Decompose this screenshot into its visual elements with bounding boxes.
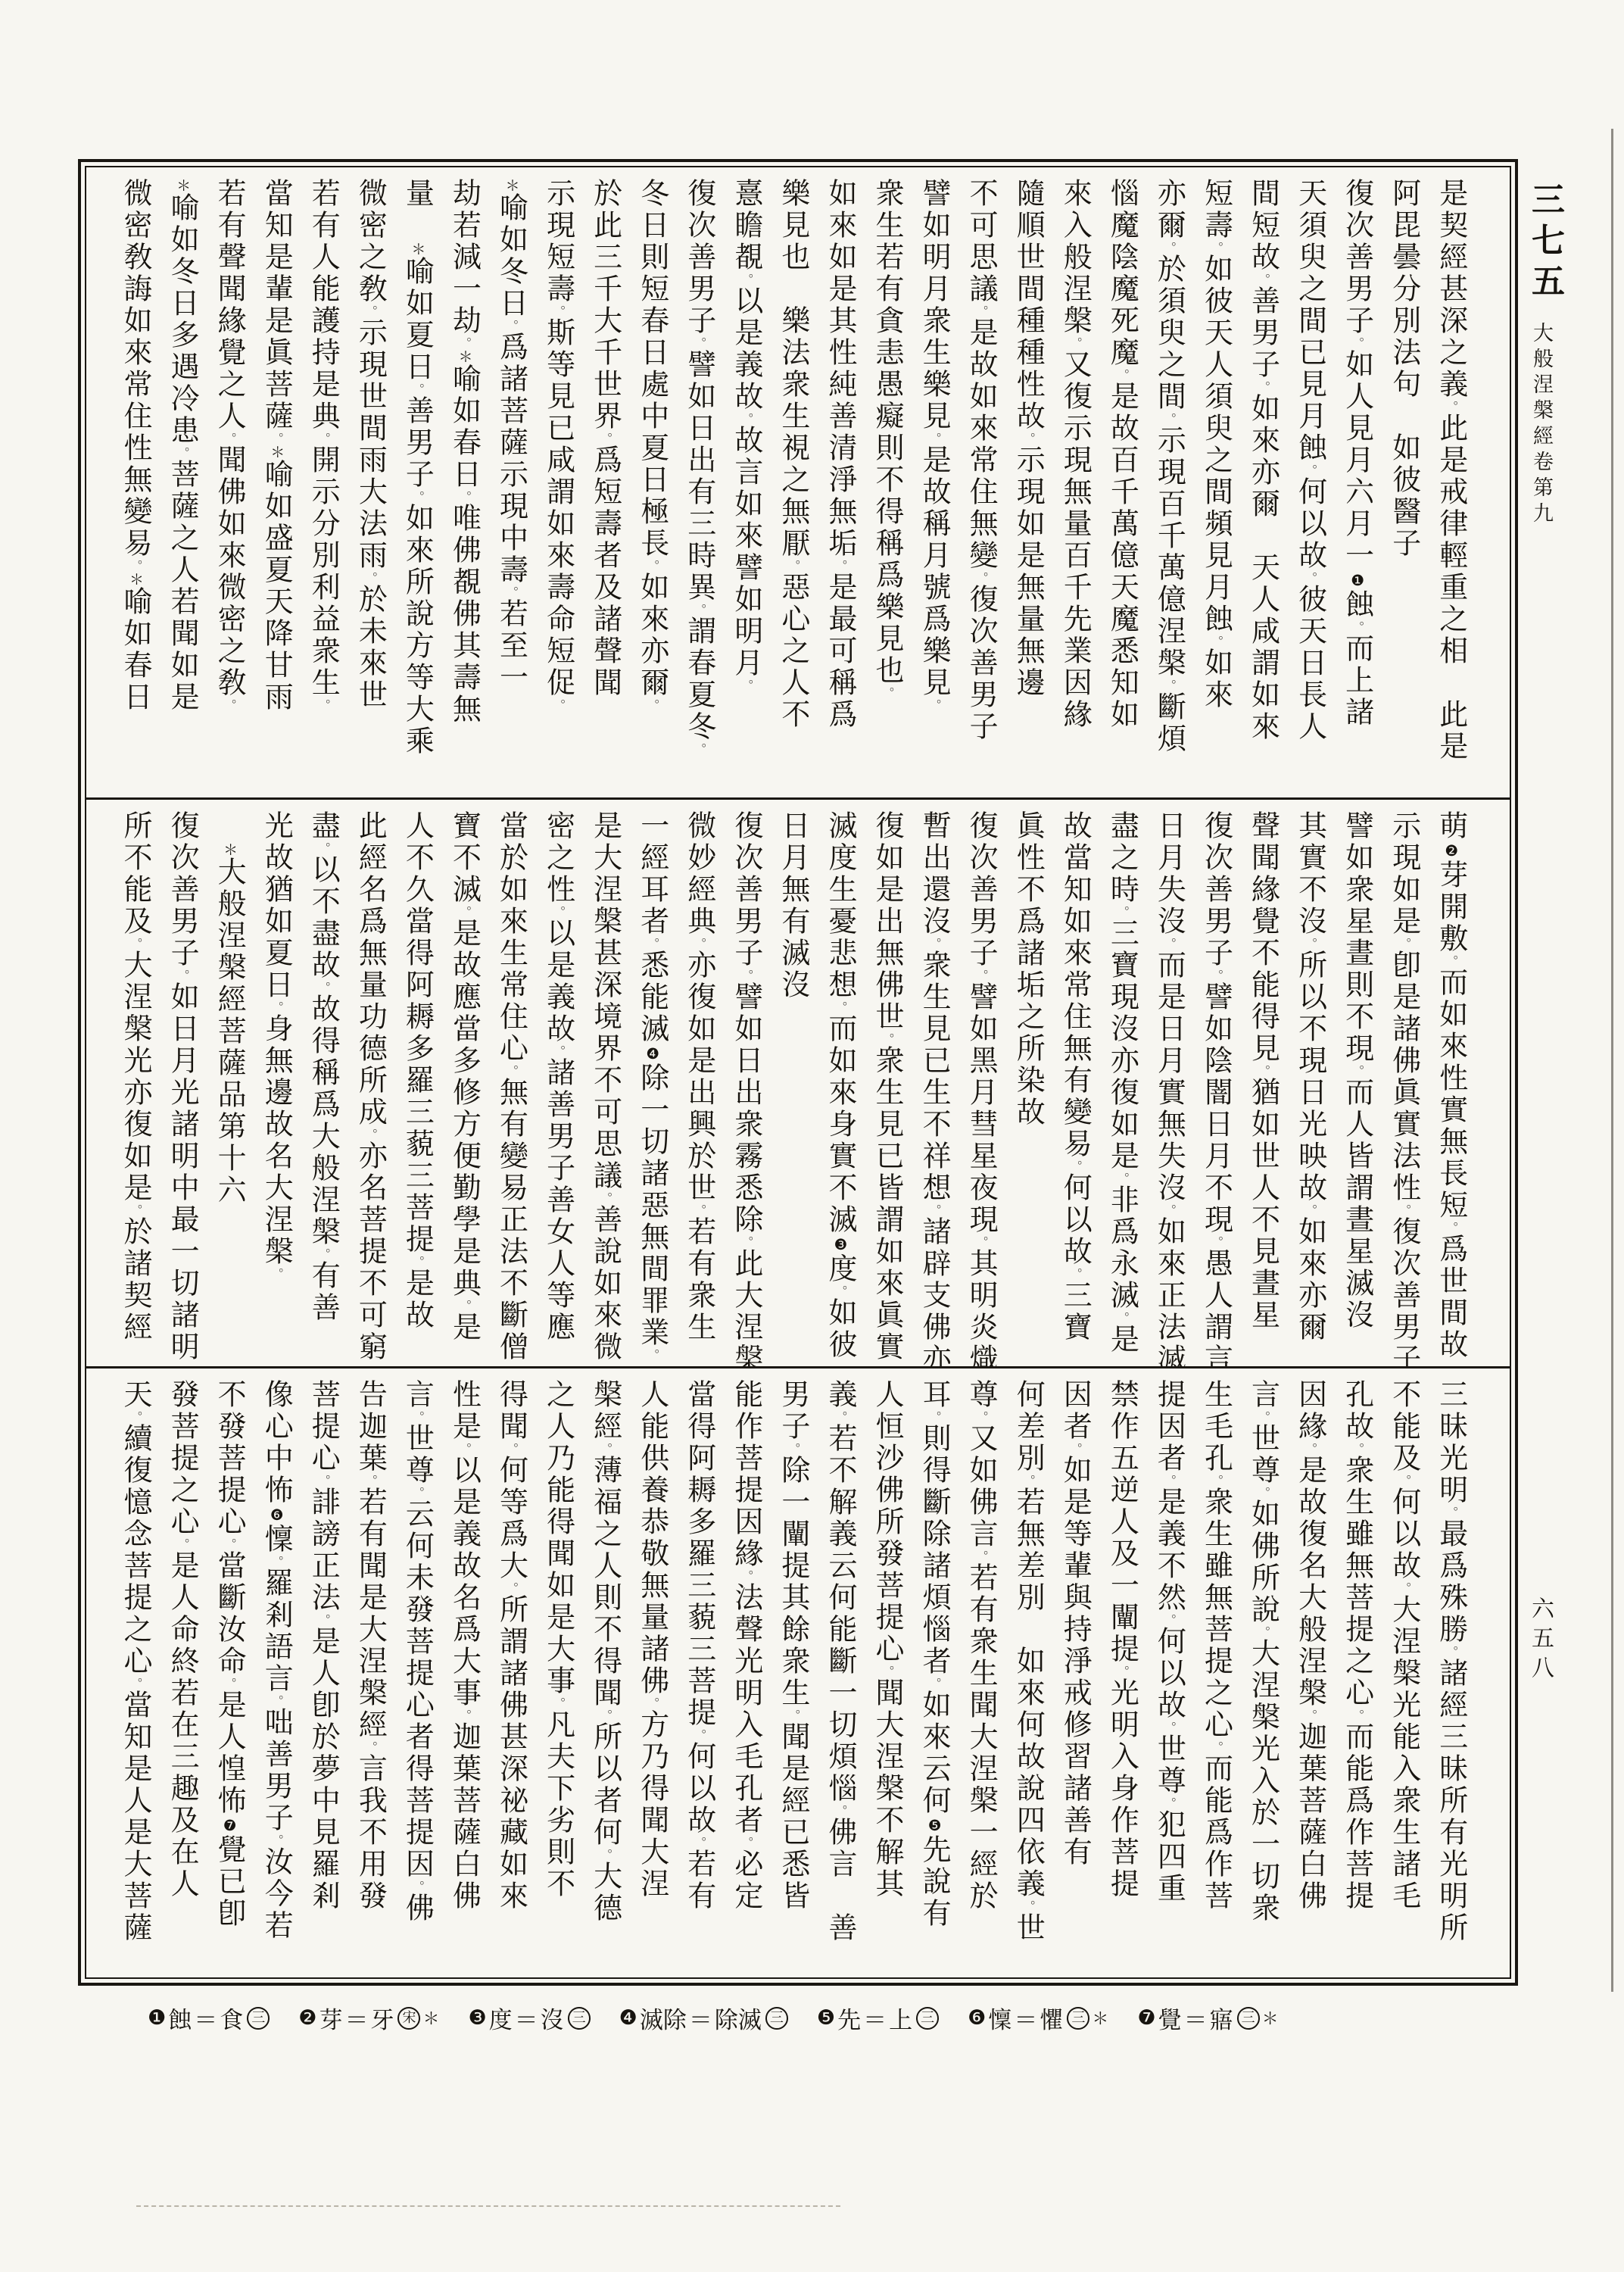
punctuation-mark: 。 <box>1445 1506 1459 1518</box>
text-column: 復次善男子。譬如陰闇日月不現。愚人謂言 <box>1194 810 1238 1360</box>
punctuation-mark: 。 <box>740 273 754 286</box>
punctuation-mark: 。 <box>1115 369 1130 381</box>
apparatus-entry: ❼覺＝寤三＊ <box>1137 2001 1278 2035</box>
punctuation-mark: 。 <box>1445 1646 1459 1658</box>
edition-siglum-circle: 三 <box>1067 2007 1089 2030</box>
text-column: 亦爾。於須臾之間。示現百千萬億涅槃。斷煩 <box>1147 178 1191 791</box>
text-column: 阿毘曇分別法句 如彼醫子 <box>1382 178 1426 791</box>
scanned-sutra-page: 三七五 大般涅槃經卷第九 六五八 是契經甚深之義。此是戒律輕重之相 此是阿毘曇分… <box>0 0 1624 2272</box>
punctuation-mark: 。 <box>1257 1065 1271 1077</box>
edition-siglum-circle: 三 <box>916 2007 939 2030</box>
punctuation-mark: 。 <box>1304 1204 1318 1216</box>
apparatus-reading: 懼 <box>1040 2001 1063 2035</box>
punctuation-mark: 。 <box>457 906 472 918</box>
punctuation-mark: 。 <box>1162 1475 1177 1487</box>
punctuation-mark: 。 <box>1257 273 1271 286</box>
collation-star: ＊ <box>409 242 425 256</box>
page-edge-scan-artifact <box>1611 129 1613 1992</box>
text-column: 孔故。衆生雖無菩提之心。而能爲作菩提 <box>1336 1379 1379 1971</box>
footnote-marker: ❹ <box>644 1045 662 1063</box>
text-column: 光故猶如夏日。身無邊故名大涅槃。 <box>254 810 298 1360</box>
text-column: 當於如來生常住心。無有變易正法不斷僧 <box>490 810 534 1360</box>
punctuation-mark: 。 <box>1304 572 1318 584</box>
apparatus-entry: ❻懍＝懼三＊ <box>968 2001 1108 2035</box>
text-column: 樂見也 樂法衆生視之無厭。惡心之人不 <box>771 178 815 791</box>
punctuation-mark: 。 <box>410 1256 425 1268</box>
punctuation-mark: 。 <box>834 1285 848 1297</box>
collation-star: ＊ <box>221 842 238 857</box>
apparatus-number: ❻ <box>968 2006 986 2030</box>
text-column: 間短故。善男子。如來亦爾 天人咸謂如來 <box>1242 178 1286 791</box>
collation-star: ＊ <box>503 178 520 192</box>
punctuation-mark: 。 <box>1162 1721 1177 1734</box>
punctuation-mark: 。 <box>927 938 942 950</box>
edition-siglum-circle: 三 <box>568 2007 591 2030</box>
punctuation-mark: 。 <box>646 699 660 711</box>
punctuation-mark: 。 <box>1068 1443 1083 1455</box>
apparatus-lemma: 蝕 <box>168 2001 192 2035</box>
text-column: 不可思議。是故如來常住無變。復次善男子 <box>959 178 1003 791</box>
punctuation-mark: 。 <box>316 432 331 445</box>
punctuation-mark: 。 <box>316 842 331 854</box>
punctuation-mark: 。 <box>974 1550 989 1562</box>
text-column: 告迦葉。若有聞是大涅槃經。言我不用發 <box>348 1379 392 1971</box>
punctuation-mark: 。 <box>410 1487 425 1499</box>
text-column: 禁作五逆人及一闡提。光明入身作菩提 <box>1100 1379 1144 1971</box>
text-column: 憙瞻覩。以是義故。故言如來譬如明月。 <box>725 178 768 791</box>
apparatus-lemma: 滅除 <box>640 2001 687 2035</box>
punctuation-mark: 。 <box>1304 1443 1318 1455</box>
punctuation-mark: 。 <box>552 1697 566 1709</box>
edition-siglum-circle: 宋 <box>397 2007 420 2030</box>
text-column: 人能供養恭敬無量諸佛。方乃得聞大涅 <box>631 1379 675 1971</box>
punctuation-mark: 。 <box>1115 1312 1130 1324</box>
punctuation-mark: 。 <box>974 572 989 584</box>
punctuation-mark: 。 <box>223 1538 237 1550</box>
apparatus-number: ❺ <box>817 2006 835 2030</box>
punctuation-mark: 。 <box>505 1065 519 1077</box>
text-column: 提因者。是義不然。何以故。世尊。犯四重 <box>1147 1379 1191 1971</box>
punctuation-mark: 。 <box>1304 464 1318 476</box>
footnote-marker: ❸ <box>832 1236 849 1253</box>
apparatus-lemma: 度 <box>489 2001 513 2035</box>
punctuation-mark: 。 <box>1398 1582 1412 1594</box>
apparatus-entry: ❸度＝沒三 <box>468 2001 590 2035</box>
punctuation-mark: 。 <box>787 560 801 572</box>
punctuation-mark: 。 <box>599 1192 613 1204</box>
punctuation-mark: 。 <box>646 1349 660 1361</box>
punctuation-mark: 。 <box>1209 969 1223 982</box>
punctuation-mark: 。 <box>129 1204 143 1216</box>
punctuation-mark: 。 <box>410 383 425 395</box>
punctuation-mark: 。 <box>270 1834 284 1846</box>
text-column: 密之性。以是義故。諸善男子善女人等應 <box>537 810 581 1360</box>
punctuation-mark: 。 <box>693 743 707 755</box>
apparatus-number: ❸ <box>468 2006 486 2030</box>
punctuation-mark: 。 <box>974 969 989 982</box>
punctuation-mark: 。 <box>270 1001 284 1013</box>
punctuation-mark: 。 <box>1068 1268 1083 1280</box>
punctuation-mark: 。 <box>1021 1475 1036 1487</box>
text-column: 衆生若有貪恚愚癡則不得稱爲樂見也。 <box>865 178 909 791</box>
punctuation-mark: 。 <box>1162 413 1177 425</box>
punctuation-mark: 。 <box>176 969 190 982</box>
text-column: 微妙經典。亦復如是出興於世。若有衆生 <box>678 810 722 1360</box>
apparatus-equals: ＝ <box>515 2001 538 2035</box>
text-column: 來入般涅槃。又復示現無量百千先業因緣 <box>1053 178 1097 791</box>
edition-siglum-circle: 三 <box>765 2007 788 2030</box>
text-column: 此經名爲無量功德所成。亦名菩提不可窮 <box>348 810 392 1360</box>
text-column: 不發菩提心。當斷汝命。是人惶怖❼覺已卽 <box>207 1379 251 1971</box>
punctuation-mark: 。 <box>1209 242 1223 254</box>
text-column: 復如是出無佛世。衆生見已皆謂如來眞實 <box>865 810 909 1360</box>
punctuation-mark: 。 <box>1351 621 1365 633</box>
punctuation-mark: 。 <box>740 679 754 691</box>
punctuation-mark: 。 <box>881 1033 895 1045</box>
text-column: 隨順世間種種性故。示現如是無量無邊 <box>1006 178 1050 791</box>
apparatus-number: ❶ <box>148 2006 166 2030</box>
text-column: 復次善男子。譬如黑月彗星夜現。其明炎熾 <box>959 810 1003 1360</box>
text-column: 生毛孔。衆生雖無菩提之心。而能爲作菩 <box>1194 1379 1238 1971</box>
text-column: 言。世尊。如佛所說。大涅槃光入於一切衆 <box>1242 1379 1286 1971</box>
apparatus-equals: ＝ <box>1184 2001 1208 2035</box>
punctuation-mark: 。 <box>363 1128 378 1141</box>
text-column: 日月失沒。而是日月實無失沒。如來正法滅 <box>1147 810 1191 1360</box>
punctuation-mark: 。 <box>1398 938 1412 950</box>
apparatus-star: ＊ <box>1092 2006 1108 2030</box>
apparatus-equals: ＝ <box>1014 2001 1037 2035</box>
punctuation-mark: 。 <box>1445 955 1459 967</box>
text-column: 所不能及。大涅槃光亦復如是。於諸契經 <box>114 810 157 1360</box>
text-column: 劫若減一劫。＊喻如春日。唯佛覩佛其壽無 <box>442 178 486 791</box>
punctuation-mark: 。 <box>410 1880 425 1893</box>
punctuation-mark: 。 <box>129 560 143 572</box>
punctuation-mark: 。 <box>316 699 331 711</box>
text-column: 復次善男子。如日月光諸明中最一切諸明 <box>161 810 204 1360</box>
punctuation-mark: 。 <box>740 969 754 982</box>
text-column: 復次善男子。譬如日出衆霧悉除。此大涅槃 <box>725 810 768 1360</box>
footnote-marker: ❼ <box>221 1817 238 1834</box>
register-3: 三昧光明。最爲殊勝。諸經三昧所有光明所不能及。何以故。大涅槃光能入衆生諸毛孔故。… <box>86 1369 1510 1977</box>
punctuation-mark: 。 <box>129 1677 143 1690</box>
text-column: 眞性不爲諸垢之所染故 <box>1006 810 1050 1360</box>
punctuation-mark: 。 <box>223 1677 237 1690</box>
footnote-marker: ❷ <box>1443 842 1460 860</box>
punctuation-mark: 。 <box>927 432 942 445</box>
punctuation-mark: 。 <box>834 1411 848 1423</box>
text-column: 於此三千大千世界。爲短壽者及諸聲聞 <box>584 178 628 791</box>
text-column: 是大涅槃甚深境界不可思議。善說如來微 <box>584 810 628 1360</box>
punctuation-mark: 。 <box>129 1411 143 1423</box>
text-column: 當得阿耨多羅三藐三菩提。何以故。若有 <box>678 1379 722 1971</box>
punctuation-mark: 。 <box>1209 635 1223 648</box>
punctuation-mark: 。 <box>1068 337 1083 349</box>
text-column: 其實不沒。所以不現日光映故。如來亦爾 <box>1289 810 1333 1360</box>
apparatus-equals: ＝ <box>344 2001 368 2035</box>
punctuation-mark: 。 <box>505 586 519 598</box>
apparatus-reading: 沒 <box>541 2001 564 2035</box>
punctuation-mark: 。 <box>1257 381 1271 393</box>
punctuation-mark: 。 <box>693 1729 707 1741</box>
text-column: 義。若不解義云何能斷一切煩惱。佛言 善 <box>818 1379 862 1971</box>
text-column: 冬日則短春日處中夏日極長。如來亦爾。 <box>631 178 675 791</box>
punctuation-mark: 。 <box>693 938 707 950</box>
footnote-marker: ❻ <box>268 1506 285 1524</box>
punctuation-mark: 。 <box>1115 906 1130 918</box>
punctuation-mark: 。 <box>223 432 237 445</box>
text-column: 像心中怖❻懍。羅剎語言。咄善男子。汝今若 <box>254 1379 298 1971</box>
text-column: 槃經。薄福之人則不得聞。所以者何。大德 <box>584 1379 628 1971</box>
text-column: 是契經甚深之義。此是戒律輕重之相 此是 <box>1429 178 1473 791</box>
punctuation-mark: 。 <box>457 491 472 503</box>
apparatus-entry: ❶蝕＝食三 <box>148 2001 270 2035</box>
text-column: ＊喻如冬日。爲諸菩薩示現中壽。若至一 <box>490 178 534 791</box>
punctuation-mark: 。 <box>1257 1626 1271 1638</box>
margin-page-number-top: 三七五 <box>1520 182 1569 304</box>
register-1: 是契經甚深之義。此是戒律輕重之相 此是阿毘曇分別法句 如彼醫子復次善男子。如人見… <box>86 167 1510 797</box>
punctuation-mark: 。 <box>740 1570 754 1582</box>
punctuation-mark: 。 <box>740 413 754 425</box>
apparatus-equals: ＝ <box>689 2001 712 2035</box>
text-column: 得聞。何等爲大。所謂諸佛甚深祕藏如來 <box>490 1379 534 1971</box>
punctuation-mark: 。 <box>1162 1204 1177 1216</box>
apparatus-entry: ❹滅除＝除滅三 <box>619 2001 788 2035</box>
text-column: 發菩提之心。是人命終若在三趣及在人 <box>161 1379 204 1971</box>
apparatus-reading: 食 <box>220 2001 243 2035</box>
text-column: 一經耳者。悉能滅❹除一切諸惡無間罪業。 <box>631 810 675 1360</box>
punctuation-mark: 。 <box>270 432 284 445</box>
punctuation-mark: 。 <box>1445 1222 1459 1234</box>
text-column: 人恒沙佛所發菩提心。聞大涅槃不解其 <box>865 1379 909 1971</box>
punctuation-mark: 。 <box>927 1204 942 1216</box>
text-column: 三昧光明。最爲殊勝。諸經三昧所有光明所 <box>1429 1379 1473 1971</box>
text-column: 示現如是。卽是諸佛眞實法性。復次善男子 <box>1382 810 1426 1360</box>
apparatus-number: ❹ <box>619 2006 637 2030</box>
punctuation-mark: 。 <box>410 491 425 503</box>
punctuation-mark: 。 <box>693 1204 707 1216</box>
punctuation-mark: 。 <box>363 305 378 317</box>
punctuation-mark: 。 <box>363 572 378 584</box>
text-column: 之人乃能得聞如是大事。凡夫下劣則不 <box>537 1379 581 1971</box>
apparatus-lemma: 先 <box>837 2001 861 2035</box>
text-column: ＊大般涅槃經菩薩品第十六 <box>207 810 251 1360</box>
apparatus-reading: 寤 <box>1210 2001 1233 2035</box>
text-column: 惱魔陰魔死魔。是故百千萬億天魔悉知如 <box>1100 178 1144 791</box>
punctuation-mark: 。 <box>129 938 143 950</box>
punctuation-mark: 。 <box>1021 432 1036 445</box>
text-column: 男子。除一闡提其餘衆生。聞是經已悉皆 <box>771 1379 815 1971</box>
punctuation-mark: 。 <box>740 1236 754 1248</box>
faint-dashed-scan-artifact <box>136 2205 840 2207</box>
text-column: 滅度生憂悲想。而如來身實不滅❸度。如彼 <box>818 810 862 1360</box>
punctuation-mark: 。 <box>740 1837 754 1849</box>
punctuation-mark: 。 <box>223 699 237 711</box>
text-column: 若有聲聞緣覺之人。聞佛如來微密之敎。 <box>207 178 251 791</box>
punctuation-mark: 。 <box>1209 1741 1223 1753</box>
punctuation-mark: 。 <box>646 1697 660 1709</box>
punctuation-mark: 。 <box>457 1300 472 1312</box>
collation-star: ＊ <box>268 445 285 459</box>
punctuation-mark: 。 <box>1351 337 1365 349</box>
punctuation-mark: 。 <box>552 699 566 711</box>
punctuation-mark: 。 <box>270 1695 284 1707</box>
apparatus-star: ＊ <box>422 2006 439 2030</box>
apparatus-number: ❷ <box>298 2006 316 2030</box>
collation-star: ＊ <box>174 178 191 192</box>
punctuation-mark: 。 <box>316 1475 331 1487</box>
text-column: 故當知如來常住無有變易。何以故。三寶 <box>1053 810 1097 1360</box>
edition-siglum-circle: 三 <box>247 2007 270 2030</box>
punctuation-mark: 。 <box>646 938 660 950</box>
apparatus-lemma: 芽 <box>319 2001 342 2035</box>
apparatus-star: ＊ <box>1262 2006 1279 2030</box>
punctuation-mark: 。 <box>1162 1614 1177 1626</box>
text-column: 寶不滅。是故應當多修方便勤學是典。是 <box>442 810 486 1360</box>
margin-volume-title: 大般涅槃經卷第九 <box>1526 322 1556 528</box>
punctuation-mark: 。 <box>270 1268 284 1280</box>
text-column: 天須臾之間已見月蝕。何以故。彼天日長人 <box>1289 178 1333 791</box>
punctuation-mark: 。 <box>1209 1475 1223 1487</box>
text-column: 盡之時。三寶現沒亦復如是。非爲永滅。是 <box>1100 810 1144 1360</box>
punctuation-mark: 。 <box>599 1443 613 1455</box>
punctuation-mark: 。 <box>927 699 942 711</box>
punctuation-mark: 。 <box>1162 679 1177 691</box>
punctuation-mark: 。 <box>693 337 707 349</box>
text-column: 如來如是其性純善清淨無垢。是最可稱爲 <box>818 178 862 791</box>
text-column: 量 ＊喻如夏日。善男子。如來所說方等大乘 <box>395 178 439 791</box>
punctuation-mark: 。 <box>646 560 660 572</box>
footnote-marker: ❶ <box>1349 572 1367 589</box>
punctuation-mark: 。 <box>552 305 566 317</box>
punctuation-mark: 。 <box>505 1582 519 1594</box>
punctuation-mark: 。 <box>787 1443 801 1455</box>
punctuation-mark: 。 <box>270 1556 284 1568</box>
punctuation-mark: 。 <box>834 1001 848 1013</box>
margin-page-number-bottom: 六五八 <box>1523 1596 1557 1685</box>
punctuation-mark: 。 <box>1162 242 1177 254</box>
punctuation-mark: 。 <box>457 1443 472 1455</box>
punctuation-mark: 。 <box>693 604 707 616</box>
text-column: 能作菩提因緣。法聲光明入毛孔者。必定 <box>725 1379 768 1971</box>
punctuation-mark: 。 <box>1304 938 1318 950</box>
punctuation-mark: 。 <box>974 1411 989 1423</box>
edition-siglum-circle: 三 <box>1237 2007 1260 2030</box>
punctuation-mark: 。 <box>457 1709 472 1721</box>
punctuation-mark: 。 <box>363 1741 378 1753</box>
apparatus-lemma: 懍 <box>988 2001 1011 2035</box>
punctuation-mark: 。 <box>1351 1443 1365 1455</box>
text-column: 聲聞緣覺不能得見。猶如世人不見晝星 <box>1242 810 1286 1360</box>
punctuation-mark: 。 <box>505 1443 519 1455</box>
text-column: 言。世尊。云何未發菩提心者得菩提因。佛 <box>395 1379 439 1971</box>
punctuation-mark: 。 <box>1351 1065 1365 1077</box>
punctuation-mark: 。 <box>1257 1487 1271 1499</box>
footnote-marker: ❺ <box>926 1817 943 1834</box>
apparatus-equals: ＝ <box>863 2001 887 2035</box>
text-column: ＊喻如冬日多遇冷患。菩薩之人若聞如是 <box>161 178 204 791</box>
text-column: 短壽。如彼天人須臾之間頻見月蝕。如來 <box>1194 178 1238 791</box>
collation-star: ＊ <box>127 572 144 586</box>
text-column: 人不久當得阿耨多羅三藐三菩提。是故 <box>395 810 439 1360</box>
punctuation-mark: 。 <box>1115 1172 1130 1184</box>
punctuation-mark: 。 <box>552 1045 566 1057</box>
text-column: 日月無有滅沒 <box>771 810 815 1360</box>
punctuation-mark: 。 <box>363 1475 378 1487</box>
apparatus-reading: 上 <box>889 2001 912 2035</box>
punctuation-mark: 。 <box>599 1709 613 1721</box>
apparatus-number: ❼ <box>1137 2006 1155 2030</box>
apparatus-equals: ＝ <box>194 2001 217 2035</box>
punctuation-mark: 。 <box>1115 1665 1130 1677</box>
punctuation-mark: 。 <box>552 906 566 918</box>
punctuation-mark: 。 <box>176 447 190 459</box>
punctuation-mark: 。 <box>693 1837 707 1849</box>
text-column: 示現短壽。斯等見已咸謂如來壽命短促。 <box>537 178 581 791</box>
text-column: 復次善男子。如人見月六月一❶蝕。而上諸 <box>1336 178 1379 791</box>
punctuation-mark: 。 <box>881 687 895 699</box>
punctuation-mark: 。 <box>599 1849 613 1861</box>
punctuation-mark: 。 <box>599 432 613 445</box>
text-column: 菩提心。誹謗正法。是人卽於夢中見羅剎 <box>301 1379 345 1971</box>
apparatus-reading: 除滅 <box>715 2001 762 2035</box>
punctuation-mark: 。 <box>176 1538 190 1550</box>
punctuation-mark: 。 <box>1021 1900 1036 1912</box>
punctuation-mark: 。 <box>974 1236 989 1248</box>
punctuation-mark: 。 <box>1351 1709 1365 1721</box>
punctuation-mark: 。 <box>505 320 519 332</box>
apparatus-entry: ❷芽＝牙宋＊ <box>298 2001 439 2035</box>
punctuation-mark: 。 <box>1162 1797 1177 1809</box>
text-column: 譬如衆星晝則不現。而人皆謂晝星滅沒 <box>1336 810 1379 1360</box>
text-column: 天。續復憶念菩提之心。當知是人是大菩薩 <box>114 1379 157 1971</box>
punctuation-mark: 。 <box>834 1805 848 1817</box>
register-2: 萌❷芽開敷。而如來性實無長短。爲世間故示現如是。卽是諸佛眞實法性。復次善男子譬如… <box>86 800 1510 1366</box>
text-column: 微密之敎。示現世間雨大法雨。於未來世 <box>348 178 392 791</box>
punctuation-mark: 。 <box>834 560 848 572</box>
text-column: 微密敎誨如來常住性無變易。＊喻如春日 <box>114 178 157 791</box>
text-frame-inner-border: 是契經甚深之義。此是戒律輕重之相 此是阿毘曇分別法句 如彼醫子復次善男子。如人見… <box>85 166 1511 1979</box>
punctuation-mark: 。 <box>1398 1204 1412 1216</box>
text-column: 盡。以不盡故。故得稱爲大般涅槃。有善 <box>301 810 345 1360</box>
text-column: 耳。則得斷除諸煩惱者。如來云何❺先說有 <box>912 1379 956 1971</box>
punctuation-mark: 。 <box>410 1411 425 1423</box>
punctuation-mark: 。 <box>787 1709 801 1721</box>
punctuation-mark: 。 <box>1257 1411 1271 1423</box>
collation-star: ＊ <box>456 349 472 364</box>
punctuation-mark: 。 <box>927 1411 942 1423</box>
punctuation-mark: 。 <box>1209 1236 1223 1248</box>
punctuation-mark: 。 <box>927 1677 942 1690</box>
text-column: 因者。如是等輩與持淨戒修習諸善有 <box>1053 1379 1097 1971</box>
punctuation-mark: 。 <box>316 1248 331 1260</box>
punctuation-mark: 。 <box>1304 1709 1318 1721</box>
text-column: 譬如明月衆生樂見。是故稱月號爲樂見。 <box>912 178 956 791</box>
apparatus-reading: 牙 <box>370 2001 394 2035</box>
apparatus-lemma: 覺 <box>1158 2001 1182 2035</box>
punctuation-mark: 。 <box>974 305 989 317</box>
text-column: 萌❷芽開敷。而如來性實無長短。爲世間故 <box>1429 810 1473 1360</box>
punctuation-mark: 。 <box>1068 1160 1083 1172</box>
text-frame-border: 是契經甚深之義。此是戒律輕重之相 此是阿毘曇分別法句 如彼醫子復次善男子。如人見… <box>78 159 1518 1986</box>
text-column: 若有人能護持是典。開示分別利益衆生。 <box>301 178 345 791</box>
text-column: 何差別。若無差別 如來何故說四依義。世 <box>1006 1379 1050 1971</box>
text-column: 暫出還沒。衆生見已生不祥想。諸辟支佛亦 <box>912 810 956 1360</box>
punctuation-mark: 。 <box>1162 938 1177 950</box>
text-column: 當知是輩是眞菩薩。＊喻如盛夏天降甘雨 <box>254 178 298 791</box>
punctuation-mark: 。 <box>1398 1475 1412 1487</box>
punctuation-mark: 。 <box>316 1614 331 1626</box>
punctuation-mark: 。 <box>457 337 472 349</box>
